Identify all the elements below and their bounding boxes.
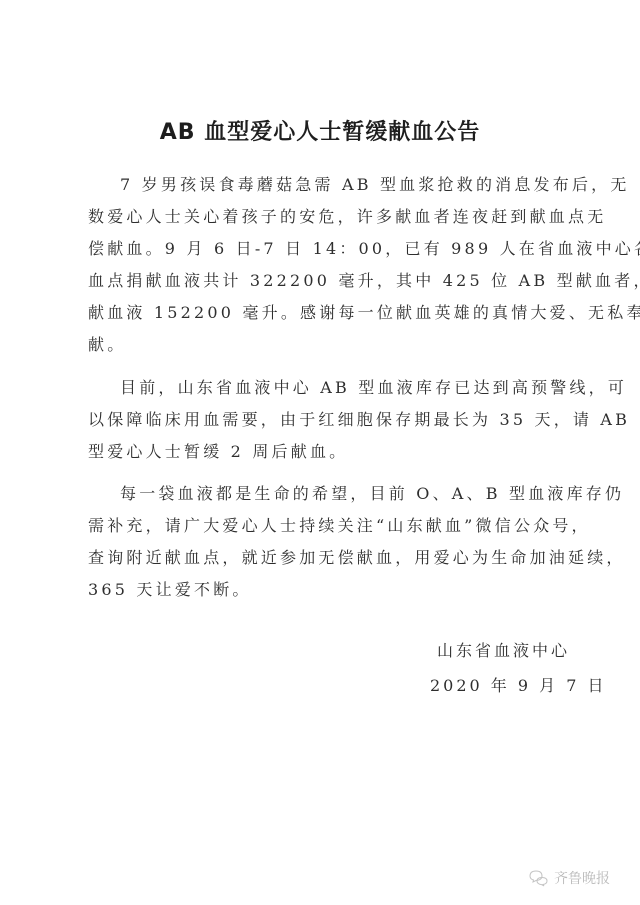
paragraph-1-line-3: 偿献血。9 月 6 日-7 日 14：00，已有 989 人在省血液中心各献 (88, 236, 640, 259)
paragraph-1-line-1: 7 岁男孩误食毒蘑菇急需 AB 型血浆抢救的消息发布后，无 (120, 172, 630, 195)
wechat-icon (526, 868, 550, 888)
signature-organization: 山东省血液中心 (437, 638, 570, 661)
paragraph-2-line-2: 以保障临床用血需要，由于红细胞保存期最长为 35 天，请 AB (88, 407, 630, 430)
paragraph-3-line-2: 需补充，请广大爱心人士持续关注“山东献血”微信公众号， (88, 513, 591, 536)
paragraph-1-line-5: 献血液 152200 毫升。感谢每一位献血英雄的真情大爱、无私奉 (88, 300, 640, 323)
document-title: AB 血型爱心人士暂缓献血公告 (0, 115, 640, 146)
paragraph-1-line-2: 数爱心人士关心着孩子的安危，许多献血者连夜赶到献血点无 (88, 204, 606, 227)
paragraph-1-line-6: 献。 (88, 332, 126, 355)
paragraph-2-line-3: 型爱心人士暂缓 2 周后献血。 (88, 439, 348, 462)
paragraph-3-line-1: 每一袋血液都是生命的希望，目前 O、A、B 型血液库存仍 (120, 481, 624, 504)
watermark-text: 齐鲁晚报 (554, 868, 610, 888)
paragraph-1-line-4: 血点捐献血液共计 322200 毫升，其中 425 位 AB 型献血者，捐 (88, 268, 640, 291)
paragraph-3-line-4: 365 天让爱不断。 (88, 577, 252, 600)
announcement-page: AB 血型爱心人士暂缓献血公告 7 岁男孩误食毒蘑菇急需 AB 型血浆抢救的消息… (0, 0, 640, 905)
paragraph-2-line-1: 目前，山东省血液中心 AB 型血液库存已达到高预警线，可 (120, 375, 627, 398)
source-watermark: 齐鲁晚报 (526, 868, 610, 888)
signature-date: 2020 年 9 月 7 日 (430, 673, 607, 696)
paragraph-3-line-3: 查询附近献血点，就近参加无偿献血，用爱心为生命加油延续， (88, 545, 626, 568)
